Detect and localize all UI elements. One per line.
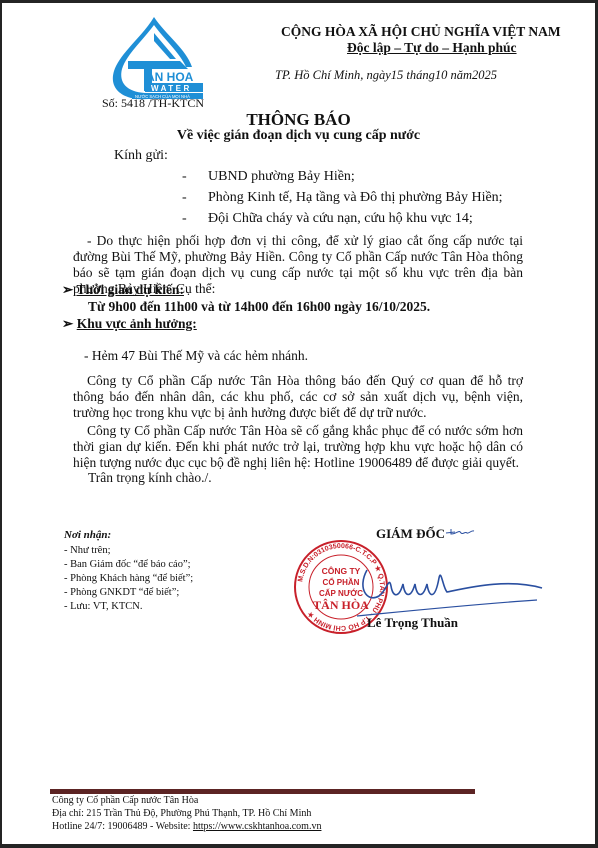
recipient-item: -Đội Chữa cháy và cứu nạn, cứu hộ khu vự… bbox=[182, 211, 473, 227]
closing-line: Trân trọng kính chào./. bbox=[88, 470, 212, 486]
footer-company: Công ty Cổ phần Cấp nước Tân Hòa bbox=[52, 795, 198, 806]
distribution-item: - Lưu: VT, KTCN. bbox=[64, 601, 143, 612]
area-item: - Hẻm 47 Bùi Thế Mỹ và các hẻm nhánh. bbox=[84, 348, 308, 364]
svg-text:CỔ PHẦN: CỔ PHẦN bbox=[323, 577, 360, 587]
document-subtitle: Về việc gián đoạn dịch vụ cung cấp nước bbox=[2, 128, 595, 144]
document-title: THÔNG BÁO bbox=[2, 110, 595, 130]
footer-divider bbox=[50, 789, 475, 794]
notice-paragraph: Công ty Cổ phần Cấp nước Tân Hòa thông b… bbox=[73, 373, 523, 421]
distribution-item: - Phòng Khách hàng “để biết”; bbox=[64, 573, 193, 584]
tan-hoa-water-logo-icon: AN HOA WATER NƯỚC SẠCH CỦA MỌI NHÀ bbox=[102, 15, 206, 103]
time-value: Từ 9h00 đến 11h00 và từ 14h00 đến 16h00 … bbox=[88, 299, 430, 315]
footer-address: Địa chỉ: 215 Trần Thủ Độ, Phường Phú Thạ… bbox=[52, 808, 311, 819]
recipients-label: Kính gửi: bbox=[114, 148, 168, 164]
svg-text:AN HOA: AN HOA bbox=[146, 70, 194, 84]
recipient-item: -Phòng Kinh tế, Hạ tầng và Đô thị phường… bbox=[182, 190, 503, 206]
footer-contact: Hotline 24/7: 19006489 - Website: https:… bbox=[52, 821, 321, 832]
svg-text:WATER: WATER bbox=[151, 84, 192, 93]
distribution-label: Nơi nhận: bbox=[64, 529, 111, 541]
document-number: Số: 5418 /TH-KTCN bbox=[102, 96, 204, 111]
svg-text:CÔNG TY: CÔNG TY bbox=[322, 565, 361, 576]
initials-mark-icon bbox=[445, 525, 475, 537]
handwritten-signature-icon bbox=[357, 558, 547, 618]
website-link[interactable]: https://www.cskhtanhoa.com.vn bbox=[193, 821, 322, 832]
date-line: TP. Hồ Chí Minh, ngày15 tháng10 năm2025 bbox=[275, 68, 497, 83]
distribution-item: - Ban Giám đốc “để báo cáo”; bbox=[64, 559, 191, 570]
distribution-item: - Như trên; bbox=[64, 545, 111, 556]
national-title: CỘNG HÒA XÃ HỘI CHỦ NGHĨA VIỆT NAM bbox=[281, 24, 561, 40]
national-motto: Độc lập – Tự do – Hạnh phúc bbox=[347, 40, 517, 56]
remedy-paragraph: Công ty Cổ phần Cấp nước Tân Hòa sẽ cố g… bbox=[73, 423, 523, 471]
time-heading: ➢ Thời gian dự kiến: bbox=[62, 282, 184, 298]
area-heading: ➢ Khu vực ảnh hưởng: bbox=[62, 316, 197, 332]
distribution-item: - Phòng GNKDT “để biết”; bbox=[64, 587, 179, 598]
document-page: AN HOA WATER NƯỚC SẠCH CỦA MỌI NHÀ Số: 5… bbox=[2, 3, 595, 844]
recipient-item: -UBND phường Bảy Hiền; bbox=[182, 169, 355, 185]
signer-name: Lê Trọng Thuần bbox=[367, 615, 458, 631]
